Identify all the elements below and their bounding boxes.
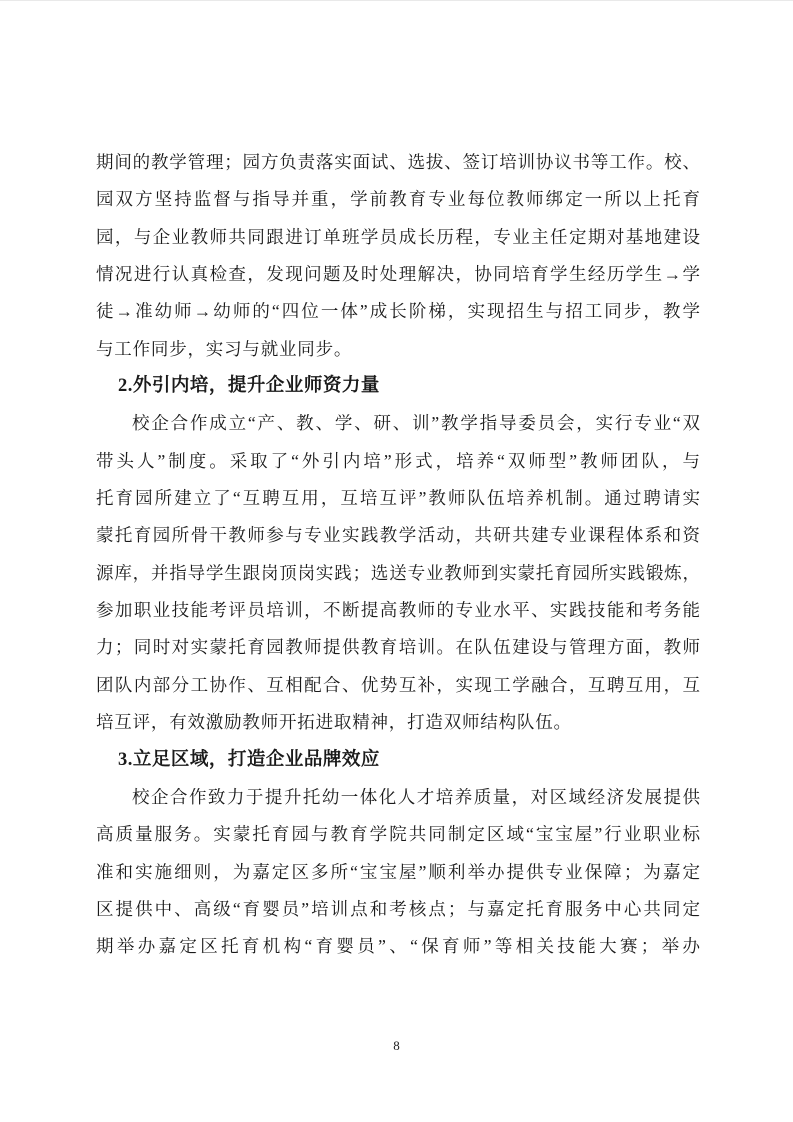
text-line: 3.立足区域，打造企业品牌效应 bbox=[96, 742, 700, 779]
text-line: 区提供中、高级“育婴员”培训点和考核点；与嘉定托育服务中心共同定 bbox=[96, 891, 700, 928]
text-line: 托育园所建立了“互聘互用，互培互评”教师队伍培养机制。通过聘请实 bbox=[96, 480, 700, 517]
text-line: 团队内部分工协作、互相配合、优势互补，实现工学融合，互聘互用，互 bbox=[96, 667, 700, 704]
page-number: 8 bbox=[0, 1037, 793, 1055]
text-line: 力；同时对实蒙托育园教师提供教育培训。在队伍建设与管理方面，教师 bbox=[96, 629, 700, 666]
text-line: 与工作同步，实习与就业同步。 bbox=[96, 331, 700, 368]
text-line: 2.外引内培，提升企业师资力量 bbox=[96, 368, 700, 405]
text-line: 源库，并指导学生跟岗顶岗实践；选送专业教师到实蒙托育园所实践锻炼， bbox=[96, 555, 700, 592]
text-line: 带头人”制度。采取了“外引内培”形式，培养“双师型”教师团队，与 bbox=[96, 443, 700, 480]
text-line: 园，与企业教师共同跟进订单班学员成长历程，专业主任定期对基地建设 bbox=[96, 219, 700, 256]
text-line: 参加职业技能考评员培训，不断提高教师的专业水平、实践技能和考务能 bbox=[96, 592, 700, 629]
text-line: 蒙托育园所骨干教师参与专业实践教学活动，共研共建专业课程体系和资 bbox=[96, 517, 700, 554]
text-line: 培互评，有效激励教师开拓进取精神，打造双师结构队伍。 bbox=[96, 704, 700, 741]
document-page: 期间的教学管理；园方负责落实面试、选拔、签订培训协议书等工作。校、园双方坚持监督… bbox=[0, 0, 793, 1122]
text-line: 校企合作致力于提升托幼一体化人才培养质量，对区域经济发展提供 bbox=[96, 779, 700, 816]
text-line: 期间的教学管理；园方负责落实面试、选拔、签订培训协议书等工作。校、 bbox=[96, 144, 700, 181]
text-line: 期举办嘉定区托育机构“育婴员”、“保育师”等相关技能大赛；举办 bbox=[96, 928, 700, 965]
text-line: 情况进行认真检查，发现问题及时处理解决，协同培育学生经历学生→学 bbox=[96, 256, 700, 293]
text-line: 高质量服务。实蒙托育园与教育学院共同制定区域“宝宝屋”行业职业标 bbox=[96, 816, 700, 853]
text-line: 准和实施细则，为嘉定区多所“宝宝屋”顺利举办提供专业保障；为嘉定 bbox=[96, 854, 700, 891]
text-line: 校企合作成立“产、教、学、研、训”教学指导委员会，实行专业“双 bbox=[96, 405, 700, 442]
text-line: 园双方坚持监督与指导并重，学前教育专业每位教师绑定一所以上托育 bbox=[96, 181, 700, 218]
text-line: 徒→准幼师→幼师的“四位一体”成长阶梯，实现招生与招工同步，教学 bbox=[96, 293, 700, 330]
document-body: 期间的教学管理；园方负责落实面试、选拔、签订培训协议书等工作。校、园双方坚持监督… bbox=[96, 144, 700, 966]
